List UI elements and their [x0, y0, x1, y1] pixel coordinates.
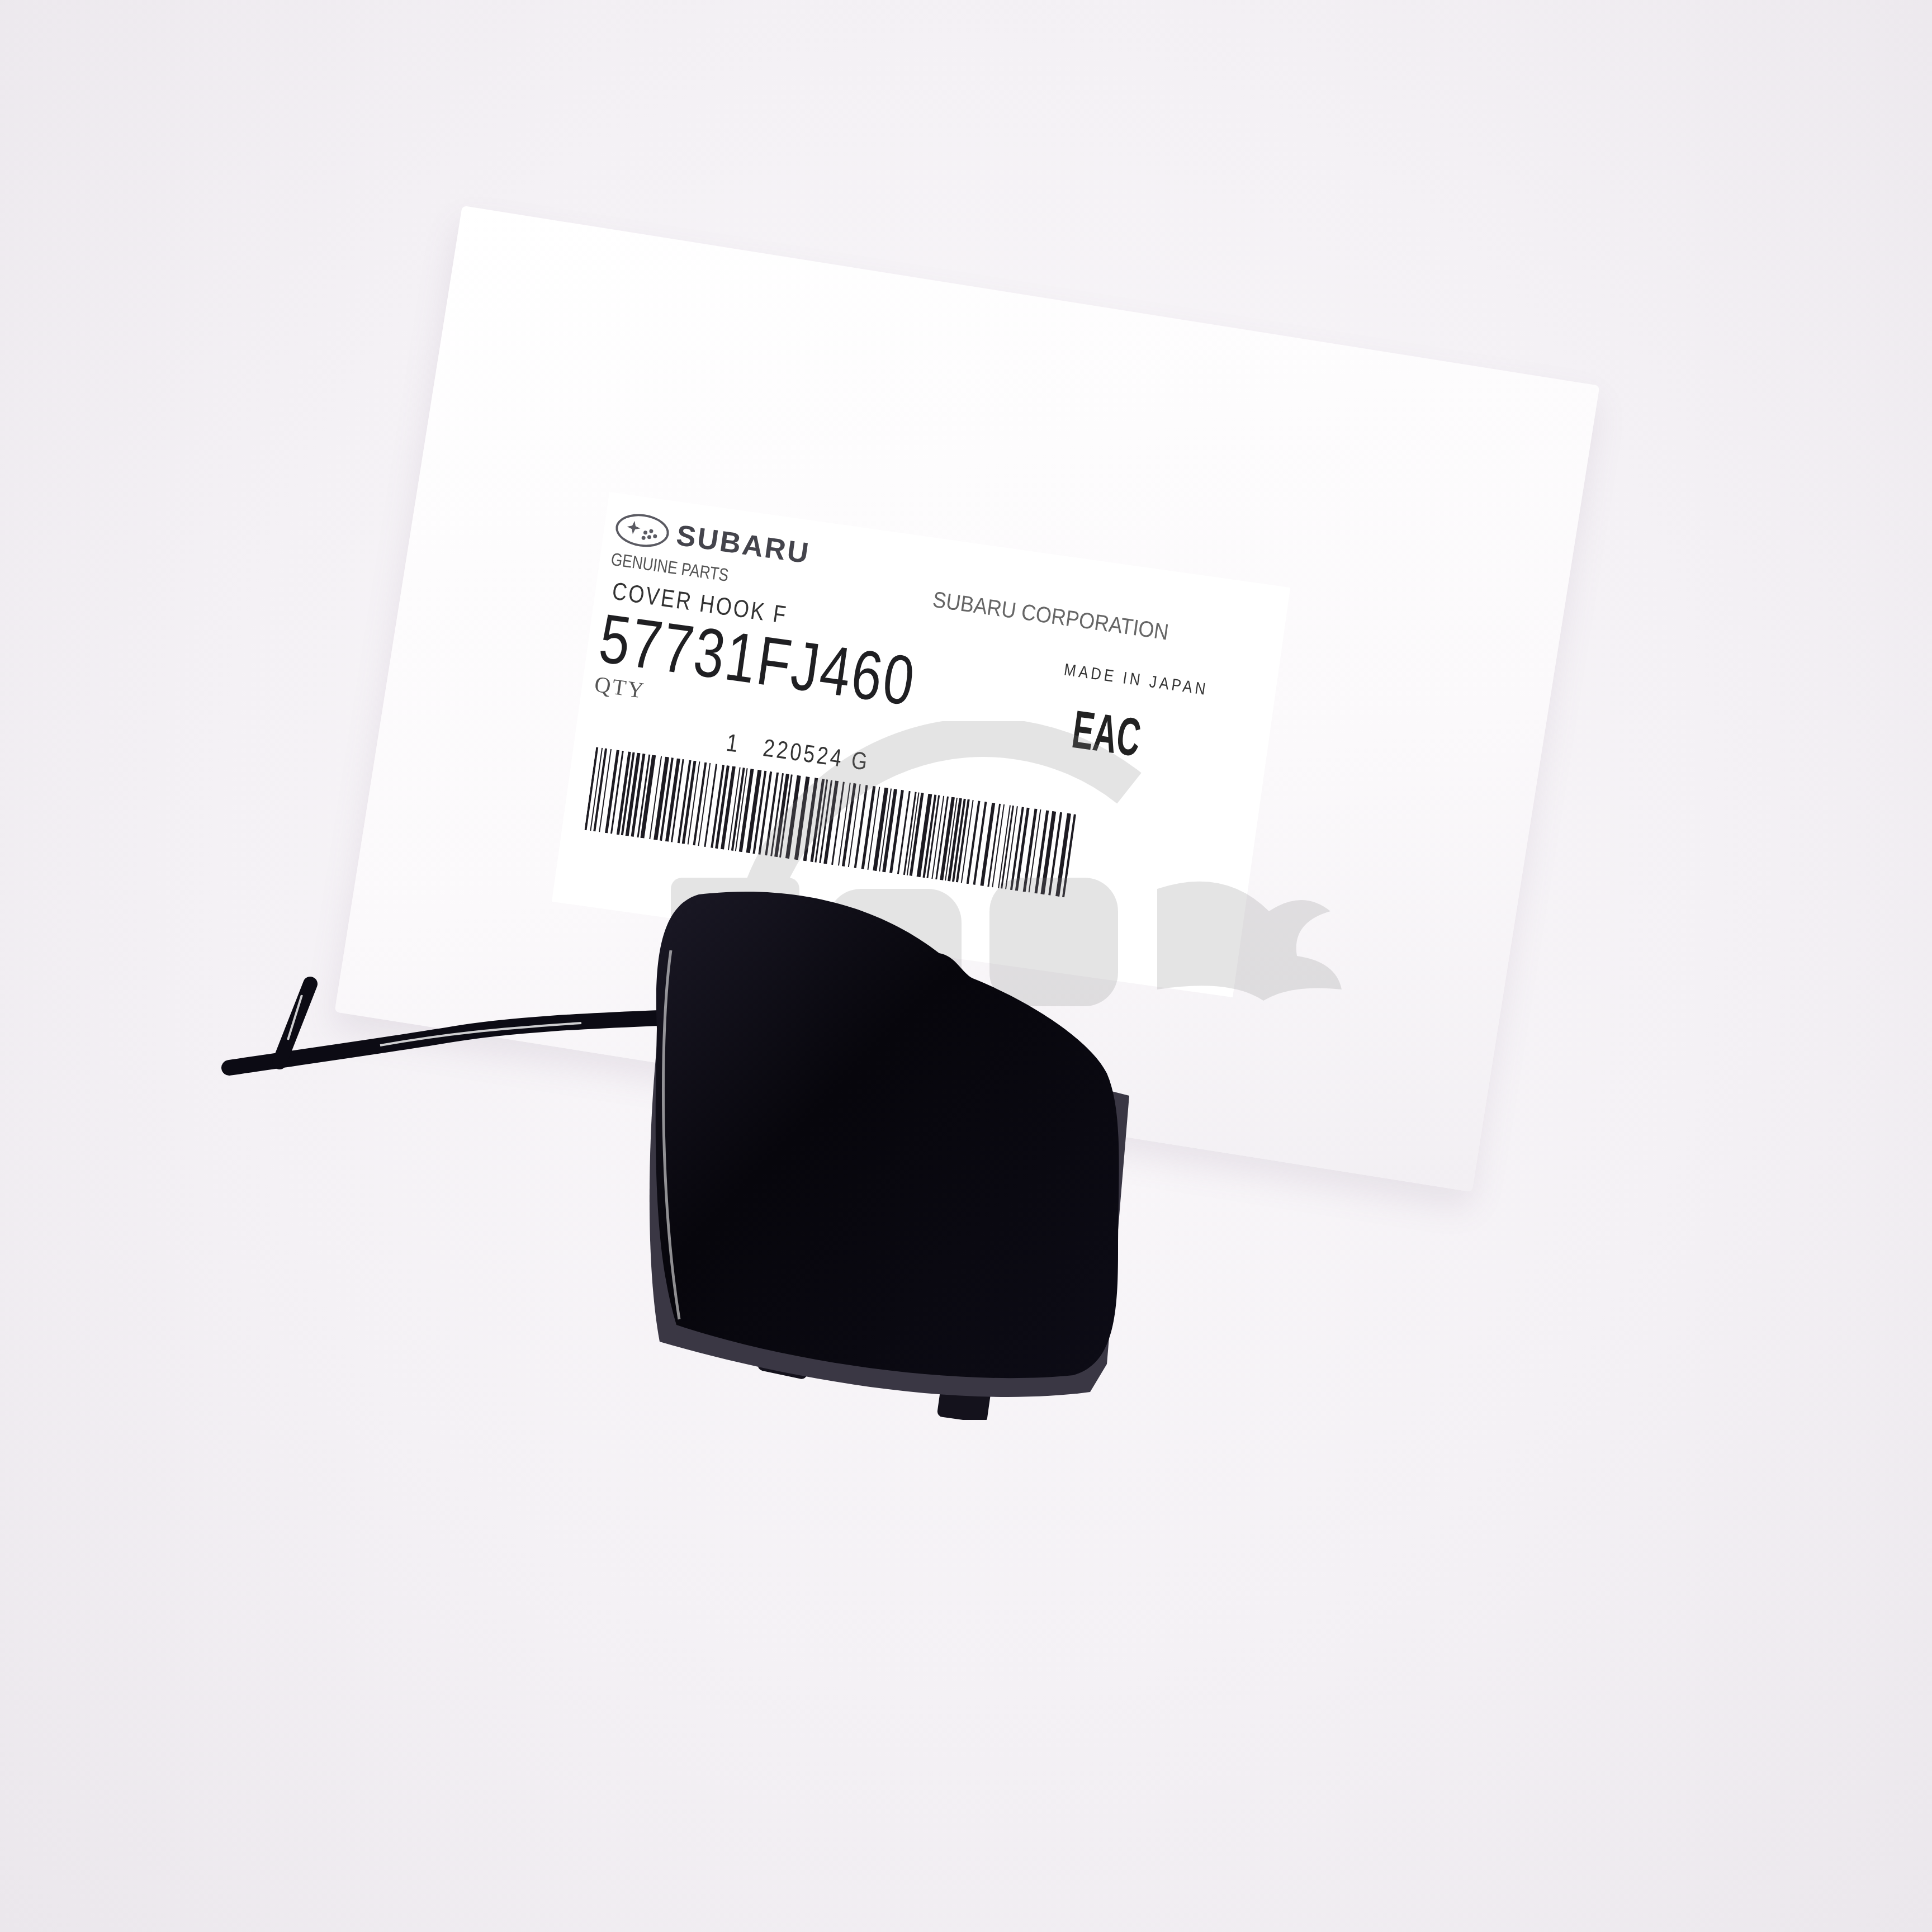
tow-hook-cover-tether	[218, 962, 676, 1090]
subaru-six-star-oval-icon	[613, 510, 671, 550]
tow-hook-cover	[626, 861, 1185, 1420]
product-photo: SUBARU GENUINE PARTS SUBARU CORPORATION …	[0, 0, 1932, 1932]
manufacturer-text: SUBARU CORPORATION	[931, 588, 1170, 646]
lot-code: 220524 G	[761, 734, 871, 776]
origin-text: MADE IN JAPAN	[1063, 660, 1209, 699]
qty-value: 1	[724, 729, 742, 758]
eac-mark: EAC	[1068, 699, 1144, 769]
